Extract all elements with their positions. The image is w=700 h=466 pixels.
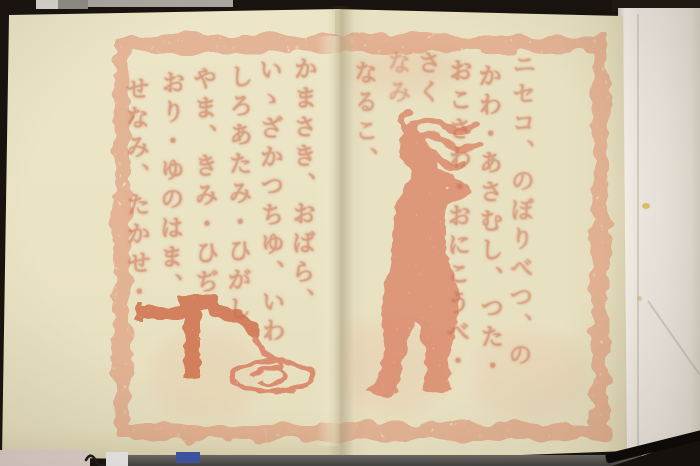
print-text-column-4: さく bbox=[413, 50, 441, 108]
blue-book-spine bbox=[176, 452, 200, 463]
print-text-column-10: やま、きみ・ひぢ bbox=[189, 66, 220, 298]
print-text-column-8: いゝざかつちゆ、いわ bbox=[254, 57, 285, 347]
gutter-fold bbox=[328, 6, 354, 462]
print-text-column-2: かわ・あさむし、つた・ bbox=[474, 63, 505, 382]
print-text-column-7: かまさき、おばら、 bbox=[286, 56, 317, 317]
print-text-column-5: なみ bbox=[383, 50, 411, 108]
table-edge bbox=[128, 455, 642, 466]
white-book-spine bbox=[106, 452, 128, 466]
print-text-column-12: せなみ、たかせ・ bbox=[121, 76, 151, 308]
print-text-column-1: ニセコ、のぼりべつ、の bbox=[504, 52, 536, 371]
print-text-column-9: しろあたみ・ひがし bbox=[223, 64, 253, 325]
pink-surface bbox=[0, 450, 90, 466]
print-text-column-11: おり・ゆのはま、 bbox=[155, 70, 185, 302]
book-photo: ニセコ、のぼりべつ、の かわ・あさむし、つた・ おこさわ・おにこうべ・ さく な… bbox=[0, 0, 700, 466]
print-text-column-3: おこさわ・おにこうべ・ bbox=[441, 58, 472, 377]
